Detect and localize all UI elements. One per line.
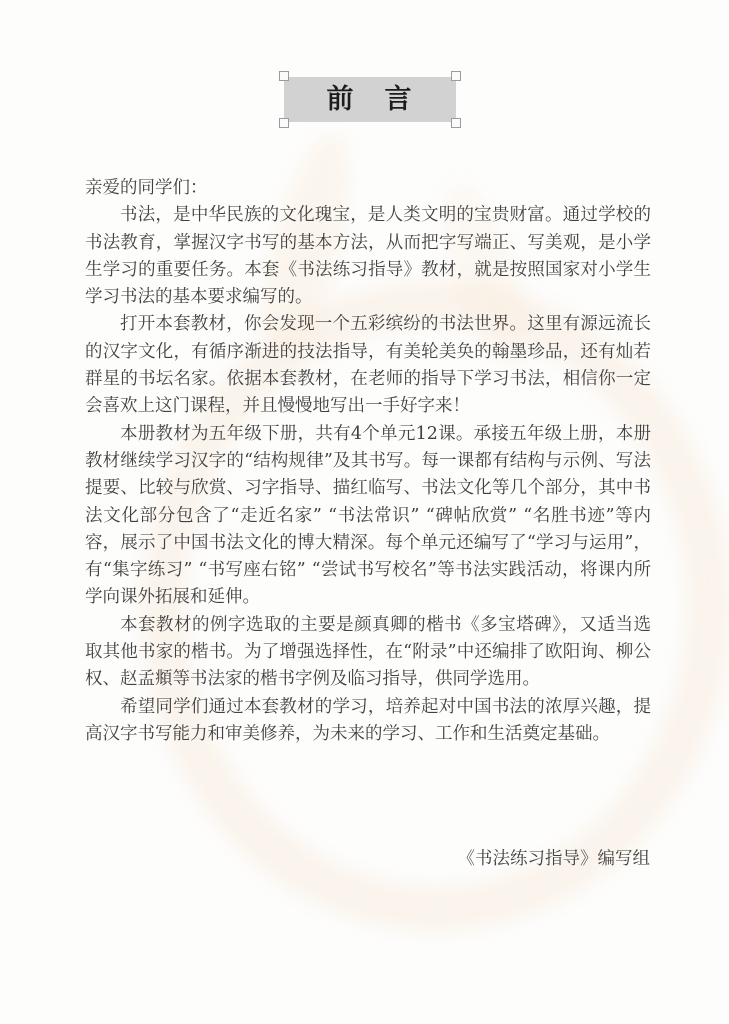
preface-paragraph-5: 希望同学们通过本套教材的学习，培养起对中国书法的浓厚兴趣，提高汉字书写能力和审美… bbox=[85, 694, 651, 749]
preface-salutation: 亲爱的同学们： bbox=[85, 175, 651, 202]
preface-paragraph-1: 书法，是中华民族的文化瑰宝，是人类文明的宝贵财富。通过学校的书法教育，掌握汉字书… bbox=[85, 202, 651, 311]
page-title: 前 言 bbox=[327, 86, 414, 113]
preface-paragraph-3: 本册教材为五年级下册，共有4个单元12课。承接五年级上册，本册教材继续学习汉字的… bbox=[85, 421, 651, 612]
signature-line: 《书法练习指导》编写组 bbox=[458, 845, 651, 870]
banner-corner-top-right-icon bbox=[451, 71, 461, 81]
banner-corner-top-left-icon bbox=[279, 71, 289, 81]
preface-page: 前 言 亲爱的同学们： 书法，是中华民族的文化瑰宝，是人类文明的宝贵财富。通过学… bbox=[0, 0, 729, 1024]
preface-paragraph-2: 打开本套教材，你会发现一个五彩缤纷的书法世界。这里有源远流长的汉字文化，有循序渐… bbox=[85, 311, 651, 420]
title-banner: 前 言 bbox=[284, 77, 456, 122]
banner-corner-bottom-right-icon bbox=[451, 118, 461, 128]
banner-corner-bottom-left-icon bbox=[279, 118, 289, 128]
preface-body: 亲爱的同学们： 书法，是中华民族的文化瑰宝，是人类文明的宝贵财富。通过学校的书法… bbox=[85, 175, 651, 748]
preface-paragraph-4: 本套教材的例字选取的主要是颜真卿的楷书《多宝塔碑》，又适当选取其他书家的楷书。为… bbox=[85, 612, 651, 694]
